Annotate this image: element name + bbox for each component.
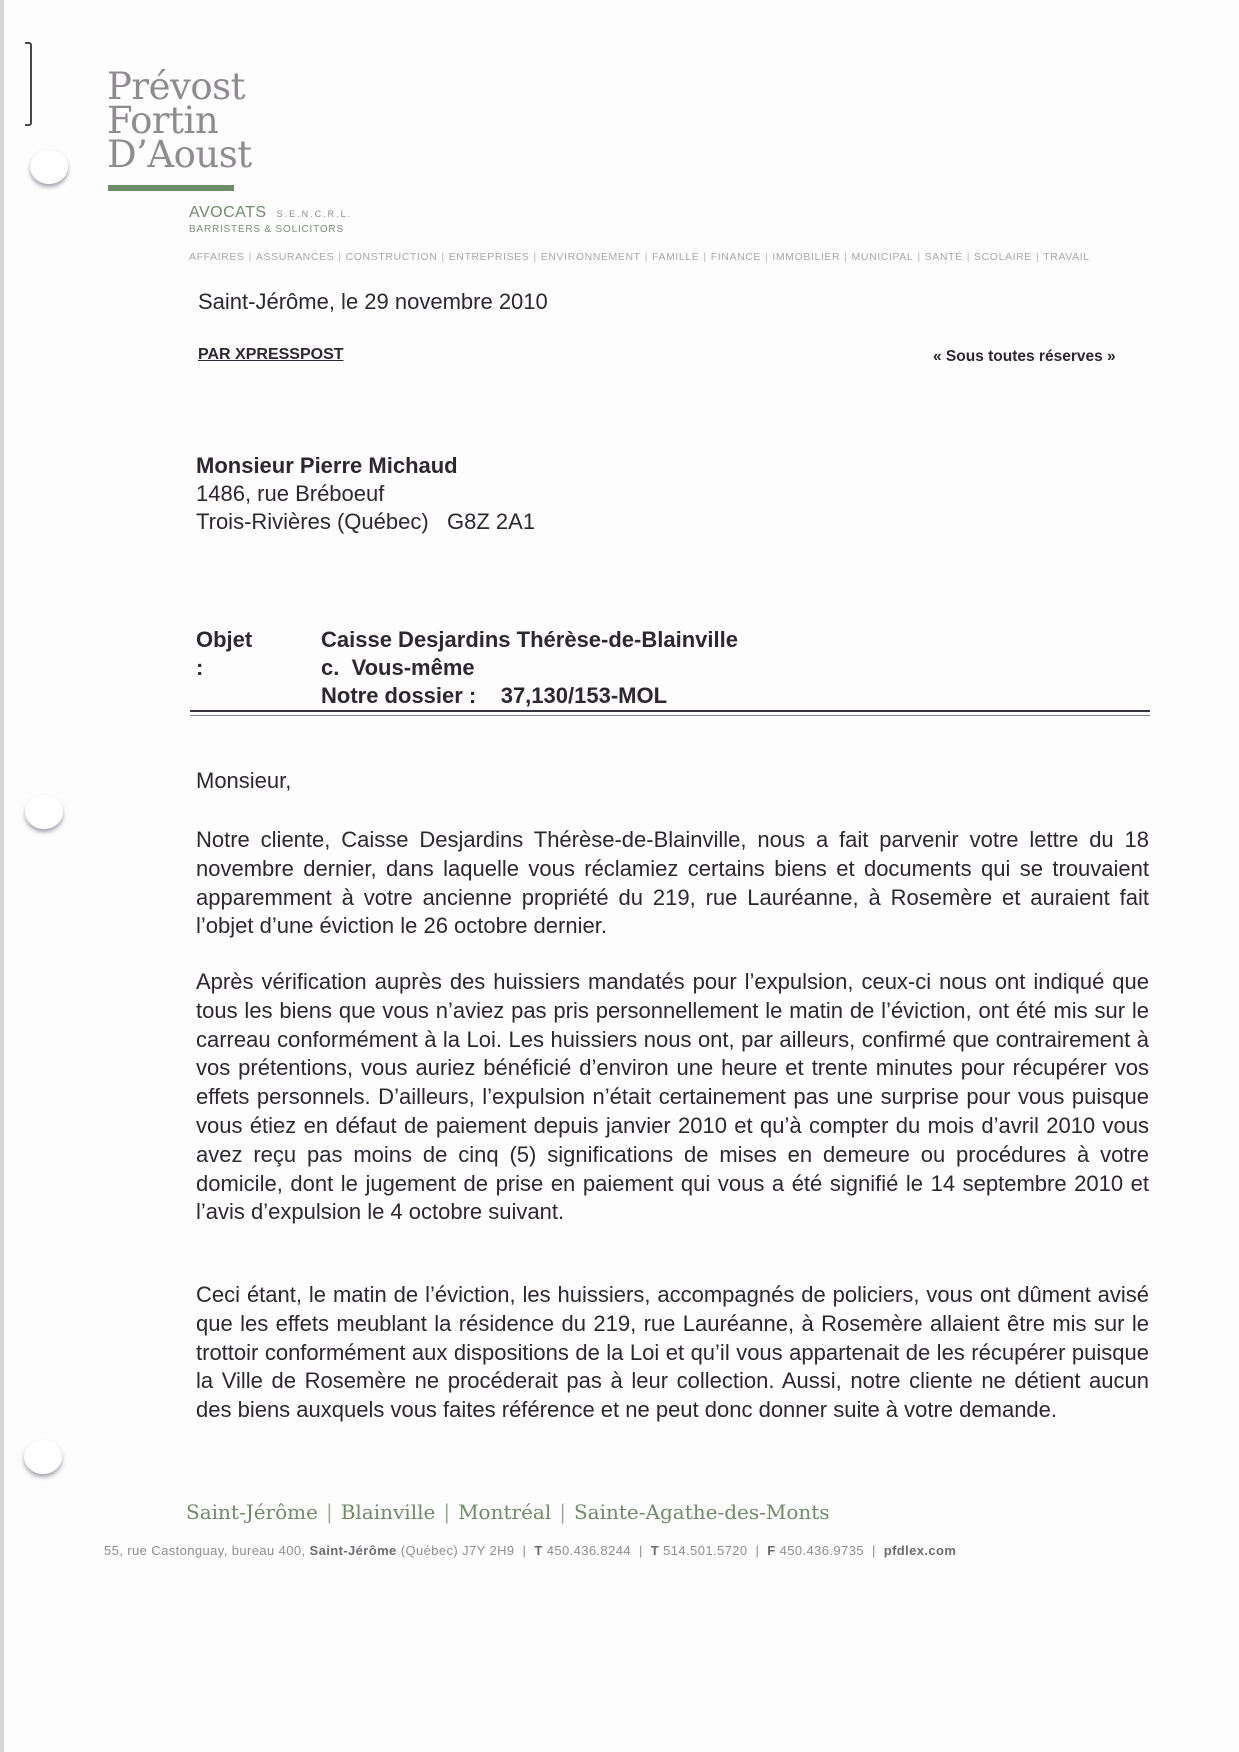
practice-area: AFFAIRES xyxy=(189,251,245,263)
punch-hole-middle xyxy=(25,795,63,829)
recipient-address: Monsieur Pierre Michaud 1486, rue Bréboe… xyxy=(196,452,535,536)
logo-line-3: D’Aoust xyxy=(107,138,252,172)
subject-label: Objet : xyxy=(196,626,252,682)
phone2-label: T xyxy=(651,1543,659,1558)
practice-area: MUNICIPAL xyxy=(852,251,914,263)
delivery-method: PAR XPRESSPOST xyxy=(198,346,344,364)
practice-area: SCOLAIRE xyxy=(974,251,1032,263)
avocats-label: AVOCATSS.E.N.C.R.L. xyxy=(189,204,352,222)
recipient-street: 1486, rue Bréboeuf xyxy=(196,480,535,508)
office-1: Saint-Jérôme xyxy=(186,1500,318,1524)
fax-number: 450.436.9735 xyxy=(780,1543,864,1558)
paragraph-2: Après vérification auprès des huissiers … xyxy=(196,968,1149,1227)
website-link[interactable]: pfdlex.com xyxy=(884,1543,957,1558)
office-3: Montréal xyxy=(458,1500,551,1524)
practice-area: ENTREPRISES xyxy=(449,251,530,263)
sencrl-label: S.E.N.C.R.L. xyxy=(277,209,353,219)
subject-divider xyxy=(190,710,1150,716)
salutation: Monsieur, xyxy=(196,768,291,794)
letter-date: Saint-Jérôme, le 29 novembre 2010 xyxy=(198,289,548,315)
paragraph-1: Notre cliente, Caisse Desjardins Thérèse… xyxy=(196,826,1149,941)
staple-mark xyxy=(25,42,32,126)
practice-area: TRAVAIL xyxy=(1043,251,1089,263)
footer-address-post: (Québec) J7Y 2H9 xyxy=(397,1543,515,1558)
practice-area: SANTÉ xyxy=(925,251,963,263)
paragraph-3: Ceci étant, le matin de l’éviction, les … xyxy=(196,1281,1149,1425)
office-locations: Saint-Jérôme|Blainville|Montréal|Sainte-… xyxy=(186,1500,830,1524)
practice-area: IMMOBILIER xyxy=(772,251,840,263)
phone-2: 514.501.5720 xyxy=(663,1543,747,1558)
punch-hole-top xyxy=(30,150,68,184)
office-2: Blainville xyxy=(341,1500,436,1524)
practice-area: FAMILLE xyxy=(652,251,699,263)
practice-area: ENVIRONNEMENT xyxy=(541,251,641,263)
practice-areas: AFFAIRES|ASSURANCES|CONSTRUCTION|ENTREPR… xyxy=(189,251,1090,263)
phone1-label: T xyxy=(534,1543,542,1558)
logo-bar xyxy=(108,185,234,191)
office-4: Sainte-Agathe-des-Monts xyxy=(574,1500,830,1524)
subject-line-2: c. Vous-même xyxy=(321,654,738,682)
subject-line-1: Caisse Desjardins Thérèse-de-Blainville xyxy=(321,626,738,654)
practice-area: ASSURANCES xyxy=(256,251,334,263)
footer-address-city: Saint-Jérôme xyxy=(310,1543,397,1558)
practice-area: FINANCE xyxy=(711,251,761,263)
avocats-text: AVOCATS xyxy=(189,204,267,221)
punch-hole-bottom xyxy=(24,1440,62,1474)
footer-contact: 55, rue Castonguay, bureau 400, Saint-Jé… xyxy=(104,1543,956,1558)
recipient-city: Trois-Rivières (Québec) G8Z 2A1 xyxy=(196,508,535,536)
scan-edge xyxy=(0,0,4,1752)
practice-area: CONSTRUCTION xyxy=(346,251,438,263)
fax-label: F xyxy=(767,1543,775,1558)
footer-address-pre: 55, rue Castonguay, bureau 400, xyxy=(104,1543,310,1558)
recipient-name: Monsieur Pierre Michaud xyxy=(196,452,535,480)
subject-line-3: Notre dossier : 37,130/153-MOL xyxy=(321,682,738,710)
reserve-note: « Sous toutes réserves » xyxy=(933,348,1116,366)
firm-logo: Prévost Fortin D’Aoust xyxy=(107,70,252,172)
barristers-label: BARRISTERS & SOLICITORS xyxy=(189,224,344,235)
phone-1: 450.436.8244 xyxy=(547,1543,631,1558)
